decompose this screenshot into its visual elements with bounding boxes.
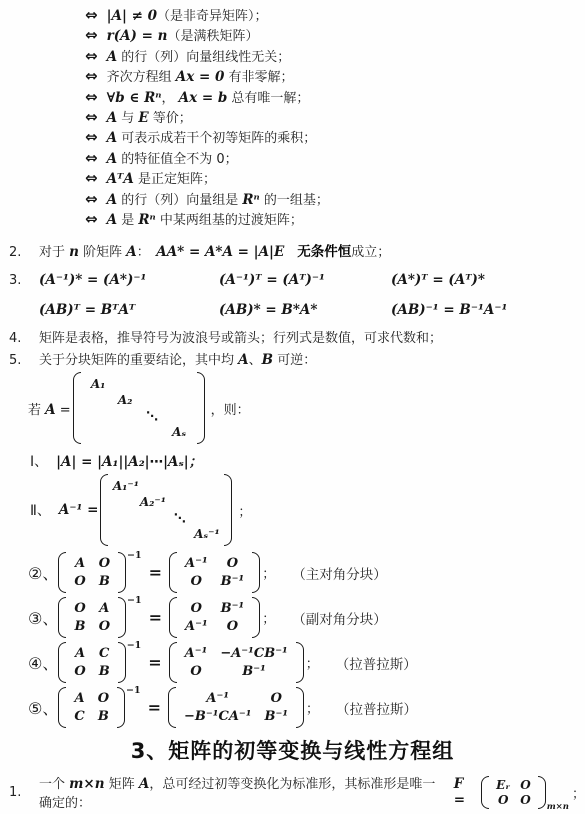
matrix-entry: A₁⁻¹ xyxy=(113,479,139,493)
definition-lead: 若 A = xyxy=(28,399,71,418)
math-segment: A xyxy=(107,130,117,146)
math-segment: AᵀA xyxy=(107,171,134,187)
formula: (AB)* = B*A* xyxy=(219,302,391,318)
text-segment: 有非零解； xyxy=(224,70,293,85)
matrix-entry: Aₛ xyxy=(172,425,186,439)
lhs-matrix: AC OB −1 xyxy=(58,642,141,683)
equals-sign: = xyxy=(149,608,162,627)
matrix-entry: O xyxy=(520,778,530,792)
matrix-entry: O xyxy=(99,619,110,634)
inverse-exponent: −1 xyxy=(127,640,142,651)
math-segment: A xyxy=(107,110,117,126)
equivalence-text: 齐次方程组 Ax = 0 有非零解； xyxy=(107,66,294,85)
equivalence-line: ⇔A 是 Rⁿ 中某两组基的过渡矩阵； xyxy=(85,209,585,229)
formula-lead: A⁻¹ = xyxy=(59,502,99,518)
result-II: Ⅱ、 A⁻¹ = A₁⁻¹ A₂⁻¹ ⋱ Aₛ⁻¹ ； xyxy=(30,472,585,548)
equivalence-line: ⇔r(A) = n（是满秩矩阵） xyxy=(85,25,585,45)
lhs-matrix: AO OB −1 xyxy=(58,552,141,593)
math-segment: A xyxy=(107,49,117,65)
item-number: 5. xyxy=(0,353,39,368)
matrix-entries: A₁⁻¹ A₂⁻¹ ⋱ Aₛ⁻¹ xyxy=(108,474,224,546)
block-diagonal-definition: 若 A = A₁ A₂ ⋱ Aₛ ，则： xyxy=(28,371,585,445)
list-item-5: 5. 关于分块矩阵的重要结论，其中均 A、B 可逆： xyxy=(0,349,585,368)
matrix-entries: AO OB xyxy=(66,552,118,593)
text-segment: 的特征值全不为 0； xyxy=(117,152,238,167)
text-segment: 对于 xyxy=(39,245,69,260)
iff-arrow-icon: ⇔ xyxy=(85,26,98,44)
inverse-exponent: −1 xyxy=(126,685,141,696)
matrix-entry: B xyxy=(99,664,110,679)
list-item-3: 3. (A⁻¹)* = (A*)⁻¹ (A⁻¹)ᵀ = (Aᵀ)⁻¹ (A*)ᵀ… xyxy=(0,272,585,318)
item-number: 2. xyxy=(0,245,39,260)
math-segment: m×n xyxy=(69,776,104,792)
text-segment: ， xyxy=(161,91,178,106)
matrix-entry: A₂ xyxy=(118,393,133,407)
text-segment: 一个 xyxy=(39,777,69,792)
list-item-2: 2. 对于 n 阶矩阵 A： AA* = A*A = |A|E 无条件恒成立； xyxy=(0,240,585,260)
item-number: 3. xyxy=(0,273,39,288)
matrix-entry: B⁻¹ xyxy=(221,574,245,589)
left-paren xyxy=(169,552,177,593)
equivalence-text: r(A) = n（是满秩矩阵） xyxy=(107,25,259,44)
right-paren xyxy=(117,687,125,728)
equivalence-text: A 的行（列）向量组是 Rⁿ 的一组基； xyxy=(107,189,329,208)
equivalence-text: ∀b ∈ Rⁿ， Ax = b 总有唯一解； xyxy=(107,87,310,106)
item-text: 关于分块矩阵的重要结论，其中均 A、B 可逆： xyxy=(39,349,316,368)
matrix-entries: A⁻¹O −B⁻¹CA⁻¹B⁻¹ xyxy=(176,687,296,728)
matrix-entry: O xyxy=(190,664,201,679)
text-segment: 矩阵是表格，推导符号为波浪号或箭头；行列式是数值，可求代数和； xyxy=(39,331,442,346)
right-paren xyxy=(296,642,304,683)
section-heading: 3、矩阵的初等变换与线性方程组 xyxy=(0,736,585,766)
matrix-entry: O xyxy=(520,793,530,807)
text-segment: 的行（列）向量组线性无关； xyxy=(117,50,290,65)
math-segment: n xyxy=(69,244,79,260)
math-segment: Ax = b xyxy=(179,90,228,106)
right-paren xyxy=(118,552,126,593)
matrix-entry: C xyxy=(74,709,84,724)
formula: (A⁻¹)ᵀ = (Aᵀ)⁻¹ xyxy=(219,272,391,288)
matrix-entry: A xyxy=(99,601,109,616)
diagonal-matrix: A₁ A₂ ⋱ Aₛ xyxy=(73,372,205,444)
iff-arrow-icon: ⇔ xyxy=(85,47,98,65)
annotation: （拉普拉斯） xyxy=(336,698,417,718)
block-result-5: ⑤、 AO CB −1 = A⁻¹O −B⁻¹CA⁻¹B⁻¹ ； （拉普拉斯） xyxy=(28,685,585,730)
right-paren xyxy=(296,687,304,728)
right-paren xyxy=(538,776,546,809)
block-result-4: ④、 AC OB −1 = A⁻¹−A⁻¹CB⁻¹ OB⁻¹ ； （拉普拉斯） xyxy=(28,640,585,685)
item-text: 一个 m×n 矩阵 A，总可经过初等变换化为标准形，其标准形是唯一确定的： xyxy=(39,773,448,811)
matrix-entries: A⁻¹−A⁻¹CB⁻¹ OB⁻¹ xyxy=(177,642,296,683)
matrix-entry: O xyxy=(99,556,110,571)
lhs-matrix: AO CB −1 xyxy=(58,687,140,728)
text-segment: 矩阵 xyxy=(105,777,139,792)
iff-arrow-icon: ⇔ xyxy=(85,6,98,24)
iff-arrow-icon: ⇔ xyxy=(85,169,98,187)
formula: (A*)ᵀ = (Aᵀ)* xyxy=(391,272,507,288)
matrix-entry: A₁ xyxy=(91,377,106,391)
text-segment: 等价； xyxy=(149,111,192,126)
matrix-entry: A⁻¹ xyxy=(185,646,208,661)
text-segment xyxy=(284,245,297,260)
left-paren xyxy=(100,474,108,546)
text-segment: 是 xyxy=(117,213,138,228)
math-segment: A xyxy=(126,244,136,260)
matrix-entry: O xyxy=(191,601,202,616)
equivalence-line: ⇔|A| ≠ 0（是非奇异矩阵）； xyxy=(85,5,585,25)
separator: ； xyxy=(306,698,319,717)
rhs-matrix: A⁻¹O OB⁻¹ xyxy=(169,552,260,593)
math-segment: A xyxy=(238,352,248,368)
text-segment: （是满秩矩阵） xyxy=(167,29,258,44)
formula-tail: ； xyxy=(572,783,585,802)
result-I: Ⅰ、 |A| = |A₁||A₂|⋯|Aₛ|； xyxy=(30,450,585,470)
matrix-entries: AO CB xyxy=(66,687,117,728)
list-item-1: 1. 一个 m×n 矩阵 A，总可经过初等变换化为标准形，其标准形是唯一确定的：… xyxy=(0,771,585,813)
matrix-entry: O xyxy=(98,691,109,706)
matrix-entry: B⁻¹ xyxy=(242,664,266,679)
item-text: 对于 n 阶矩阵 A： AA* = A*A = |A|E 无条件恒成立； xyxy=(39,240,390,260)
separator: ； xyxy=(306,653,319,672)
formula-lead: F = xyxy=(454,776,477,808)
iff-arrow-icon: ⇔ xyxy=(85,88,98,106)
equivalence-line: ⇔A 可表示成若干个初等矩阵的乘积； xyxy=(85,127,585,147)
equals-sign: = xyxy=(148,653,161,672)
equivalence-line: ⇔A 的行（列）向量组是 Rⁿ 的一组基； xyxy=(85,189,585,209)
math-segment: A xyxy=(107,212,117,228)
equals-sign: = xyxy=(149,563,162,582)
matrix-entries: A⁻¹O OB⁻¹ xyxy=(177,552,252,593)
text-segment: 中某两组基的过渡矩阵； xyxy=(156,213,303,228)
matrix-entry: O xyxy=(74,664,85,679)
text-segment: 可表示成若干个初等矩阵的乘积； xyxy=(117,131,316,146)
text-segment: 无条件恒 xyxy=(297,244,351,260)
math-segment: A xyxy=(107,151,117,167)
equivalence-text: AᵀA 是正定矩阵； xyxy=(107,168,216,187)
right-paren xyxy=(197,372,205,444)
matrix-entry: A⁻¹ xyxy=(185,556,208,571)
rhs-matrix: OB⁻¹ A⁻¹O xyxy=(169,597,260,638)
iff-arrow-icon: ⇔ xyxy=(85,67,98,85)
text-segment: 若 xyxy=(28,403,45,418)
left-paren xyxy=(168,687,176,728)
matrix-entry: B xyxy=(75,619,86,634)
formula: (A⁻¹)* = (A*)⁻¹ xyxy=(39,272,219,288)
math-segment: A xyxy=(107,192,117,208)
size-subscript: m×n xyxy=(547,802,569,812)
standard-form-matrix: EᵣO OO m×n xyxy=(481,776,569,809)
text-segment: 可逆： xyxy=(273,353,316,368)
math-segment: E xyxy=(138,110,148,126)
block-result-2: ②、 AO OB −1 = A⁻¹O OB⁻¹ ； （主对角分块） xyxy=(28,550,585,595)
annotation: （拉普拉斯） xyxy=(336,653,417,673)
left-paren xyxy=(169,597,177,638)
formula: |A| = |A₁||A₂|⋯|Aₛ|； xyxy=(56,450,202,470)
text-segment: 的行（列）向量组是 xyxy=(117,193,242,208)
matrix-entry: ⋱ xyxy=(174,511,186,525)
matrix-entry: B⁻¹ xyxy=(221,601,245,616)
iff-arrow-icon: ⇔ xyxy=(85,210,98,228)
matrix-entry: Aₛ⁻¹ xyxy=(194,527,220,541)
right-paren xyxy=(224,474,232,546)
formula: (AB)ᵀ = BᵀAᵀ xyxy=(39,302,219,318)
matrix-entry: A⁻¹ xyxy=(185,619,208,634)
annotation: （主对角分块） xyxy=(292,563,387,583)
text-segment: ： xyxy=(137,245,157,260)
text-segment: （是非奇异矩阵）； xyxy=(157,9,268,24)
inverse-exponent: −1 xyxy=(127,550,142,561)
item-number: 1. xyxy=(0,785,39,800)
matrix-entry: O xyxy=(271,691,282,706)
matrix-entry: B xyxy=(98,709,109,724)
item-label: Ⅱ、 xyxy=(30,500,51,520)
text-segment: = xyxy=(56,403,71,418)
right-paren xyxy=(118,597,126,638)
matrix-entries: OA BO xyxy=(66,597,118,638)
matrix-entry: O xyxy=(498,793,508,807)
matrix-entry: O xyxy=(227,619,238,634)
equals-sign: = xyxy=(148,698,161,717)
left-paren xyxy=(58,552,66,593)
item-number: 4. xyxy=(0,331,39,346)
item-label: ②、 xyxy=(28,561,58,584)
math-segment: r(A) = n xyxy=(107,28,168,44)
item-label: ⑤、 xyxy=(28,696,58,719)
matrix-entry: B⁻¹ xyxy=(264,709,288,724)
matrix-entry: A xyxy=(75,646,85,661)
equivalence-line: ⇔AᵀA 是正定矩阵； xyxy=(85,168,585,188)
rhs-matrix: A⁻¹−A⁻¹CB⁻¹ OB⁻¹ xyxy=(169,642,304,683)
equivalence-line: ⇔齐次方程组 Ax = 0 有非零解； xyxy=(85,66,585,86)
item-label: ③、 xyxy=(28,606,58,629)
math-segment: Ax = 0 xyxy=(176,69,225,85)
matrix-entry: ⋱ xyxy=(146,409,158,423)
matrix-entries: OB⁻¹ A⁻¹O xyxy=(177,597,252,638)
lhs-matrix: OA BO −1 xyxy=(58,597,141,638)
block-result-3: ③、 OA BO −1 = OB⁻¹ A⁻¹O ； （副对角分块） xyxy=(28,595,585,640)
left-paren xyxy=(169,642,177,683)
item-label: Ⅰ、 xyxy=(30,451,48,471)
iff-arrow-icon: ⇔ xyxy=(85,128,98,146)
left-paren xyxy=(73,372,81,444)
text-segment: 总有唯一解； xyxy=(227,91,309,106)
text-segment: 阶矩阵 xyxy=(79,245,126,260)
matrix-entry: O xyxy=(74,574,85,589)
definition-tail: ，则： xyxy=(211,399,250,418)
equivalence-text: A 的特征值全不为 0； xyxy=(107,148,238,167)
separator: ； xyxy=(262,563,275,582)
math-segment: |A| ≠ 0 xyxy=(107,8,157,24)
matrix-entry: Eᵣ xyxy=(496,778,510,792)
diagonal-inverse-matrix: A₁⁻¹ A₂⁻¹ ⋱ Aₛ⁻¹ xyxy=(100,474,232,546)
equivalence-text: A 可表示成若干个初等矩阵的乘积； xyxy=(107,127,317,146)
text-segment: 与 xyxy=(117,111,138,126)
math-segment: A xyxy=(45,402,55,418)
left-paren xyxy=(481,776,489,809)
math-segment: Rⁿ xyxy=(242,192,259,208)
rhs-matrix: A⁻¹O −B⁻¹CA⁻¹B⁻¹ xyxy=(168,687,304,728)
equivalence-line: ⇔A 的特征值全不为 0； xyxy=(85,148,585,168)
matrix-entry: O xyxy=(191,574,202,589)
formula-grid: (A⁻¹)* = (A*)⁻¹ (A⁻¹)ᵀ = (Aᵀ)⁻¹ (A*)ᵀ = … xyxy=(39,272,507,318)
matrix-entries: AC OB xyxy=(66,642,117,683)
document-page: ⇔|A| ≠ 0（是非奇异矩阵）； ⇔r(A) = n（是满秩矩阵） ⇔A 的行… xyxy=(0,0,585,814)
equivalence-list: ⇔|A| ≠ 0（是非奇异矩阵）； ⇔r(A) = n（是满秩矩阵） ⇔A 的行… xyxy=(85,5,585,229)
equivalence-line: ⇔A 的行（列）向量组线性无关； xyxy=(85,46,585,66)
formula: (AB)⁻¹ = B⁻¹A⁻¹ xyxy=(391,302,507,318)
item-label: ④、 xyxy=(28,651,58,674)
formula-tail: ； xyxy=(238,501,251,520)
iff-arrow-icon: ⇔ xyxy=(85,149,98,167)
equivalence-text: A 是 Rⁿ 中某两组基的过渡矩阵； xyxy=(107,209,303,228)
right-paren xyxy=(252,597,260,638)
list-item-4: 4. 矩阵是表格，推导符号为波浪号或箭头；行列式是数值，可求代数和； xyxy=(0,327,585,346)
text-segment: 关于分块矩阵的重要结论，其中均 xyxy=(39,353,238,368)
math-segment: ∀b ∈ Rⁿ xyxy=(107,90,162,106)
matrix-entry: O xyxy=(227,556,238,571)
annotation: （副对角分块） xyxy=(292,608,387,628)
math-segment: Rⁿ xyxy=(138,212,155,228)
separator: ； xyxy=(262,608,275,627)
matrix-entry: −B⁻¹CA⁻¹ xyxy=(184,709,251,724)
left-paren xyxy=(58,642,66,683)
math-segment: A xyxy=(139,776,149,792)
equivalence-text: A 与 E 等价； xyxy=(107,107,192,126)
matrix-entries: A₁ A₂ ⋱ Aₛ xyxy=(81,372,197,444)
matrix-entry: A xyxy=(74,691,84,706)
item-text: 矩阵是表格，推导符号为波浪号或箭头；行列式是数值，可求代数和； xyxy=(39,327,442,346)
text-segment: 是正定矩阵； xyxy=(134,172,216,187)
left-paren xyxy=(58,687,66,728)
matrix-entry: A xyxy=(75,556,85,571)
iff-arrow-icon: ⇔ xyxy=(85,108,98,126)
matrix-entry: O xyxy=(74,601,85,616)
matrix-entry: −A⁻¹CB⁻¹ xyxy=(220,646,287,661)
equivalence-text: A 的行（列）向量组线性无关； xyxy=(107,46,291,65)
equivalence-line: ⇔A 与 E 等价； xyxy=(85,107,585,127)
matrix-entries: EᵣO OO xyxy=(489,776,538,809)
right-paren xyxy=(118,642,126,683)
matrix-entry: B xyxy=(99,574,110,589)
text-segment: 的一组基； xyxy=(260,193,329,208)
equivalence-text: |A| ≠ 0（是非奇异矩阵）； xyxy=(107,5,268,24)
matrix-entry: C xyxy=(99,646,109,661)
matrix-entry: A₂⁻¹ xyxy=(140,495,166,509)
right-paren xyxy=(252,552,260,593)
text-segment: 、 xyxy=(249,353,262,368)
matrix-entry: A⁻¹ xyxy=(206,691,229,706)
math-segment: AA* = A*A = |A|E xyxy=(156,244,284,260)
text-segment: 齐次方程组 xyxy=(107,70,176,85)
text-segment: 成立； xyxy=(351,245,390,260)
left-paren xyxy=(58,597,66,638)
inverse-exponent: −1 xyxy=(127,595,142,606)
math-segment: B xyxy=(262,352,273,368)
iff-arrow-icon: ⇔ xyxy=(85,190,98,208)
equivalence-line: ⇔∀b ∈ Rⁿ， Ax = b 总有唯一解； xyxy=(85,87,585,107)
